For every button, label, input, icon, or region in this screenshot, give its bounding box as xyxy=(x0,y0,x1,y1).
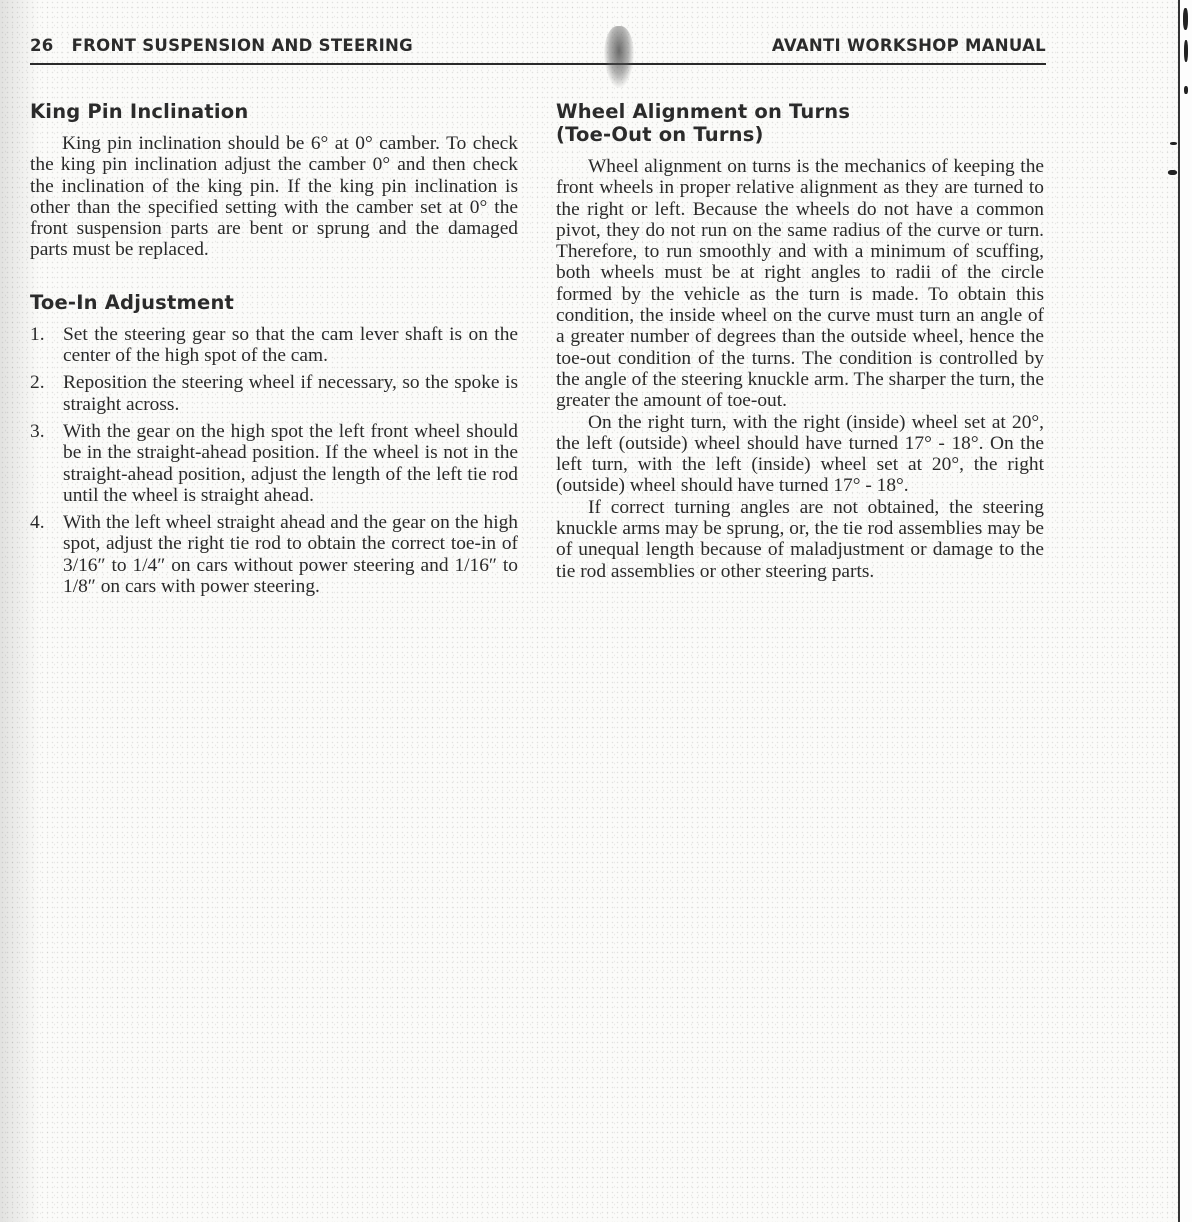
king-pin-heading: King Pin Inclination xyxy=(30,100,518,123)
step-number: 3. xyxy=(30,421,45,442)
header-left: 26 FRONT SUSPENSION AND STEERING xyxy=(30,36,413,55)
edge-mark xyxy=(1170,142,1177,145)
king-pin-section: King Pin Inclination King pin inclinatio… xyxy=(30,100,518,261)
king-pin-paragraph: King pin inclination should be 6° at 0° … xyxy=(30,133,518,261)
toe-in-heading: Toe-In Adjustment xyxy=(30,291,518,314)
header-rule xyxy=(30,63,1046,65)
step-text: Reposition the steering wheel if necessa… xyxy=(63,372,518,414)
toe-in-steps: 1. Set the steering gear so that the cam… xyxy=(30,324,518,598)
step-number: 2. xyxy=(30,372,45,393)
page-header: 26 FRONT SUSPENSION AND STEERING AVANTI … xyxy=(30,36,1046,60)
step-number: 4. xyxy=(30,512,45,533)
edge-mark xyxy=(1168,170,1177,175)
step-item: 1. Set the steering gear so that the cam… xyxy=(30,324,518,367)
step-text: With the gear on the high spot the left … xyxy=(63,421,518,506)
page-edge-strip xyxy=(1180,0,1192,1222)
toe-in-section: Toe-In Adjustment 1. Set the steering ge… xyxy=(30,291,518,598)
right-column: Wheel Alignment on Turns (Toe-Out on Tur… xyxy=(556,100,1044,582)
wheel-alignment-heading: Wheel Alignment on Turns (Toe-Out on Tur… xyxy=(556,100,1044,146)
ink-blot xyxy=(604,26,634,88)
heading-line-2: (Toe-Out on Turns) xyxy=(556,123,1044,146)
step-text: With the left wheel straight ahead and t… xyxy=(63,512,518,597)
edge-mark xyxy=(1184,40,1188,62)
page-number: 26 xyxy=(30,36,54,55)
wheel-alignment-section: Wheel Alignment on Turns (Toe-Out on Tur… xyxy=(556,100,1044,582)
step-text: Set the steering gear so that the cam le… xyxy=(63,324,518,366)
step-item: 4. With the left wheel straight ahead an… xyxy=(30,512,518,597)
alignment-paragraph-3: If correct turning angles are not obtain… xyxy=(556,497,1044,582)
alignment-paragraph-1: Wheel alignment on turns is the mechanic… xyxy=(556,156,1044,412)
step-item: 2. Reposition the steering wheel if nece… xyxy=(30,372,518,415)
left-column: King Pin Inclination King pin inclinatio… xyxy=(30,100,518,603)
heading-line-1: Wheel Alignment on Turns xyxy=(556,100,1044,123)
edge-mark xyxy=(1183,8,1188,30)
edge-mark xyxy=(1184,86,1188,94)
step-number: 1. xyxy=(30,324,45,345)
manual-title: AVANTI WORKSHOP MANUAL xyxy=(772,36,1046,55)
step-item: 3. With the gear on the high spot the le… xyxy=(30,421,518,506)
alignment-paragraph-2: On the right turn, with the right (insid… xyxy=(556,412,1044,497)
chapter-title: FRONT SUSPENSION AND STEERING xyxy=(72,36,413,55)
